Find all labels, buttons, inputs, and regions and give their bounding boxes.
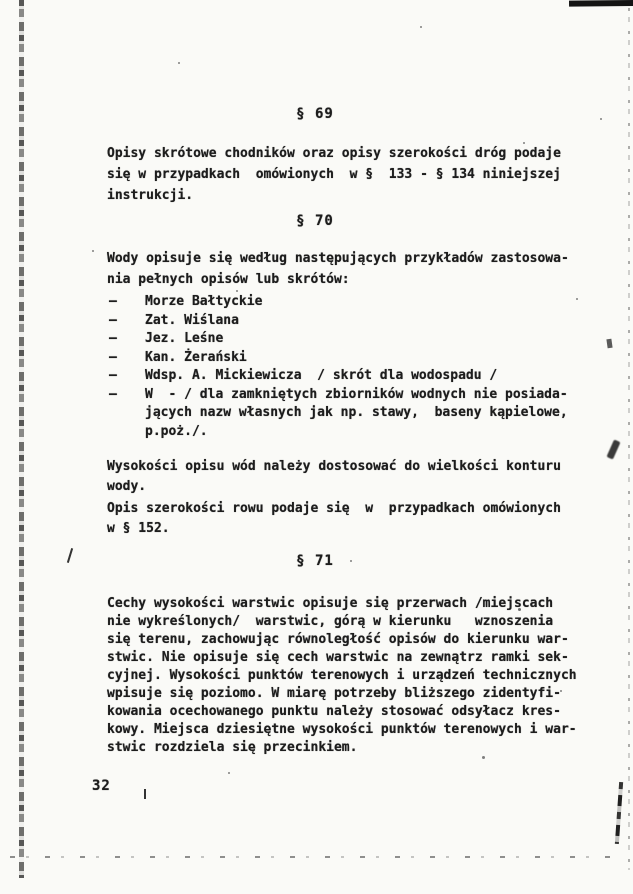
scan-artifact-speck (178, 62, 180, 64)
text-line: cyjnej. Wysokości punktów terenowych i u… (107, 667, 587, 685)
section-heading-70: § 70 (95, 213, 535, 229)
scan-artifact-ink-blob (606, 439, 620, 459)
text-line: stwic. Nie opisuje się cech warstwic na … (107, 649, 587, 667)
list-item: – Kan. Żerański (107, 349, 587, 368)
list-item: – Jez. Leśne (107, 330, 587, 349)
text-line: Morze Bałtyckie (145, 293, 587, 312)
page-number: 32 (92, 778, 111, 794)
water-names-list: – Morze Bałtyckie – Zat. Wiślana – Jez. … (107, 293, 587, 441)
text-line: wody. (107, 477, 587, 497)
paragraph-70-heights: Wysokości opisu wód należy dostosować do… (107, 457, 587, 497)
text-line: Zat. Wiślana (145, 312, 587, 331)
dash-bullet: – (109, 386, 117, 405)
scan-artifact-tick-mark (144, 789, 146, 799)
text-line: stwic rozdziela się przecinkiem. (107, 739, 587, 757)
text-line: Jez. Leśne (145, 330, 587, 349)
section-heading-69: § 69 (95, 106, 535, 122)
list-item: – Wdsp. A. Mickiewicza / skrót dla wodos… (107, 367, 587, 386)
scan-artifact-ink-blob (615, 782, 623, 844)
dash-bullet: – (109, 330, 117, 349)
scan-artifact-top-right-bar (569, 0, 633, 7)
text-line: jących nazw własnych jak np. stawy, base… (145, 404, 587, 423)
document-page: § 69 Opisy skrótowe chodników oraz opisy… (0, 0, 633, 894)
scan-artifact-speck (600, 118, 602, 120)
paragraph-69: Opisy skrótowe chodników oraz opisy szer… (107, 143, 587, 206)
list-item: – W - / dla zamkniętych zbiorników wodny… (107, 386, 587, 442)
paragraph-70-ditch: Opis szerokości rowu podaje się w przypa… (107, 499, 587, 539)
list-item: – Zat. Wiślana (107, 312, 587, 331)
scan-artifact-bottom-dotted-line (10, 856, 614, 858)
paragraph-70-intro: Wody opisuje się według następujących pr… (107, 248, 587, 290)
paragraph-71: Cechy wysokości warstwic opisuje się prz… (107, 595, 587, 757)
text-line: Cechy wysokości warstwic opisuje się prz… (107, 595, 587, 613)
dash-bullet: – (109, 293, 117, 312)
scan-artifact-right-streak (628, 8, 630, 870)
text-line: nia pełnych opisów lub skrótów: (107, 269, 587, 290)
text-line: się terenu, zachowując równoległość opis… (107, 631, 587, 649)
text-line: Opisy skrótowe chodników oraz opisy szer… (107, 143, 587, 164)
section-heading-71: § 71 (95, 553, 535, 569)
text-line: Wdsp. A. Mickiewicza / skrót dla wodospa… (145, 367, 587, 386)
text-line: się w przypadkach omówionych w § 133 - §… (107, 164, 587, 185)
scan-artifact-slash-mark (67, 548, 73, 563)
scan-artifact-left-streak (19, 0, 24, 878)
text-line: nie wykreślonych/ warstwic, górą w kieru… (107, 613, 587, 631)
scan-artifact-speck (92, 250, 94, 252)
text-line: kowy. Miejsca dziesiętne wysokości punkt… (107, 721, 587, 739)
dash-bullet: – (109, 367, 117, 386)
dash-bullet: – (109, 312, 117, 331)
text-line: Opis szerokości rowu podaje się w przypa… (107, 499, 587, 519)
text-line: instrukcji. (107, 185, 587, 206)
text-line: Wody opisuje się według następujących pr… (107, 248, 587, 269)
scan-artifact-speck (236, 290, 238, 292)
list-item: – Morze Bałtyckie (107, 293, 587, 312)
scan-artifact-speck (228, 772, 230, 774)
text-line: kowania ocechowanego punktu należy stoso… (107, 703, 587, 721)
scan-artifact-ink-blob (606, 339, 612, 349)
text-line: Wysokości opisu wód należy dostosować do… (107, 457, 587, 477)
text-line: w § 152. (107, 519, 587, 539)
text-line: W - / dla zamkniętych zbiorników wodnych… (145, 386, 587, 405)
dash-bullet: – (109, 349, 117, 368)
scan-artifact-speck (420, 26, 422, 28)
text-line: wpisuje się poziomo. W miarę potrzeby bl… (107, 685, 587, 703)
text-line: p.poż./. (145, 423, 587, 442)
text-line: Kan. Żerański (145, 349, 587, 368)
